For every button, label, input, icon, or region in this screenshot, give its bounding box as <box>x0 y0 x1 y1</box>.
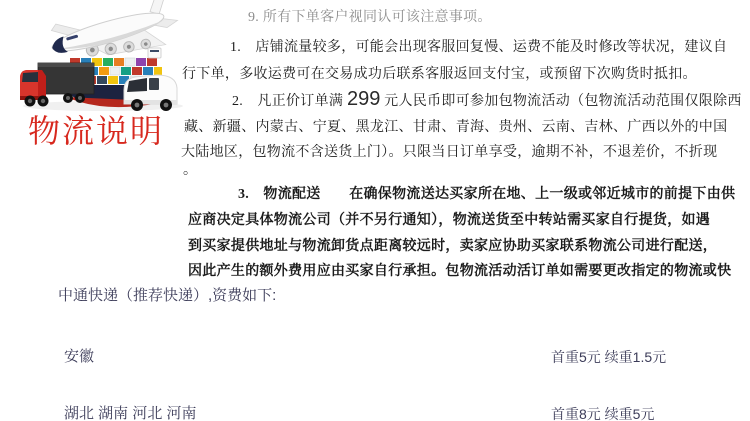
para2-line1-suffix: 元人民币即可参加包物流活动（包物流活动范围仅限除西 <box>380 94 741 109</box>
para2-line1: 2. 凡正价订单满 299 元人民币即可参加包物流活动（包物流活动范围仅限除西 <box>232 91 742 110</box>
logistics-title: 物流说明 <box>28 106 164 152</box>
para2-line2: 藏、新疆、内蒙古、宁夏、黑龙江、甘肃、青海、贵州、云南、吉林、广西以外的中国 <box>184 119 727 136</box>
para2-line1-prefix: 2. 凡正价订单满 <box>232 94 347 109</box>
para3-line2: 应商决定具体物流公司（并不另行通知），物流送货至中转站需买家自行提货，如遇 <box>188 212 710 229</box>
para3-line1: 3. 物流配送 在确保物流送达买家所在地、上一级或邻近城市的前提下由供 <box>238 186 735 203</box>
rate-region: 安徽 <box>64 348 94 366</box>
logistics-notice-page: { "colors": { "accent_red": "#d7281e", "… <box>0 0 750 421</box>
shipping-intro: 中通快递（推荐快递）,资费如下: <box>58 287 276 305</box>
rate-region: 湖北 湖南 河北 河南 <box>64 405 197 421</box>
para3-line4: 因此产生的额外费用应由买家自行承担。包物流活动活订单如需要更改指定的物流或快 <box>188 263 731 280</box>
para2-line3: 大陆地区，包物流不含送货上门）。只限当日订单享受，逾期不补，不退差价，不折现 <box>181 144 717 161</box>
rate-price: 首重8元 续重5元 <box>551 405 654 421</box>
para3-line3: 到买家提供地址与物流卸货点距离较远时，卖家应协助买家联系物流公司进行配送， <box>188 238 717 255</box>
note-item-9: 9. 所有下单客户视同认可该注意事项。 <box>248 9 492 26</box>
free-shipping-threshold-amount: 299 <box>347 88 380 110</box>
para2-line4: 。 <box>183 162 197 179</box>
para1-line1: 1. 店铺流量较多，可能会出现客服回复慢、运费不能及时修改等状况，建议自 <box>230 39 727 56</box>
red-truck-icon <box>20 63 94 107</box>
para1-line2: 行下单，多收运费可在交易成功后联系客服返回支付宝，或预留下次购货时抵扣。 <box>182 66 697 83</box>
rate-price: 首重5元 续重1.5元 <box>551 348 666 366</box>
